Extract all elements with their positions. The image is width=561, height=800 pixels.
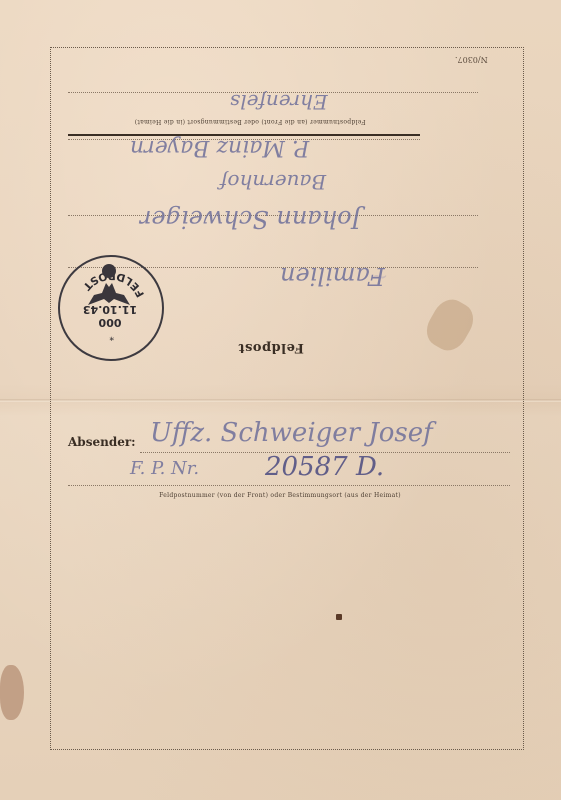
recipient-line-4: P. Mainz Bayern xyxy=(130,135,309,160)
sender-caption: Feldpostnummer (von der Front) oder Best… xyxy=(125,492,435,499)
sender-fp-prefix: F. P. Nr. xyxy=(130,458,199,479)
feldpost-postmark: FELDPOST * 000 11.10.43 xyxy=(58,255,164,361)
postmark-code: 000 xyxy=(99,316,122,329)
wreath-emblem-icon xyxy=(101,263,117,279)
edge-stain xyxy=(0,665,24,720)
postmark-star: * xyxy=(110,331,115,341)
recipient-line-2: Johann Schweiger xyxy=(140,205,361,233)
sender-line-2 xyxy=(68,485,510,486)
eagle-emblem-icon xyxy=(84,279,134,309)
recipient-line-3: Bauernhof xyxy=(220,170,326,194)
ink-speck xyxy=(336,614,342,620)
address-caption: Feldpostnummer (an die Front) oder Besti… xyxy=(120,118,380,125)
feldpost-title: Feldpost xyxy=(238,340,304,355)
sender-fp-number: 20587 D. xyxy=(265,452,384,482)
sender-name: Uffz. Schweiger Josef xyxy=(150,418,433,448)
form-number: N/0307. xyxy=(455,55,488,64)
sender-label: Absender: xyxy=(68,435,136,449)
bleed-through-ink: ~ xyxy=(370,265,388,290)
recipient-line-5: Ehrenfels xyxy=(230,90,328,114)
